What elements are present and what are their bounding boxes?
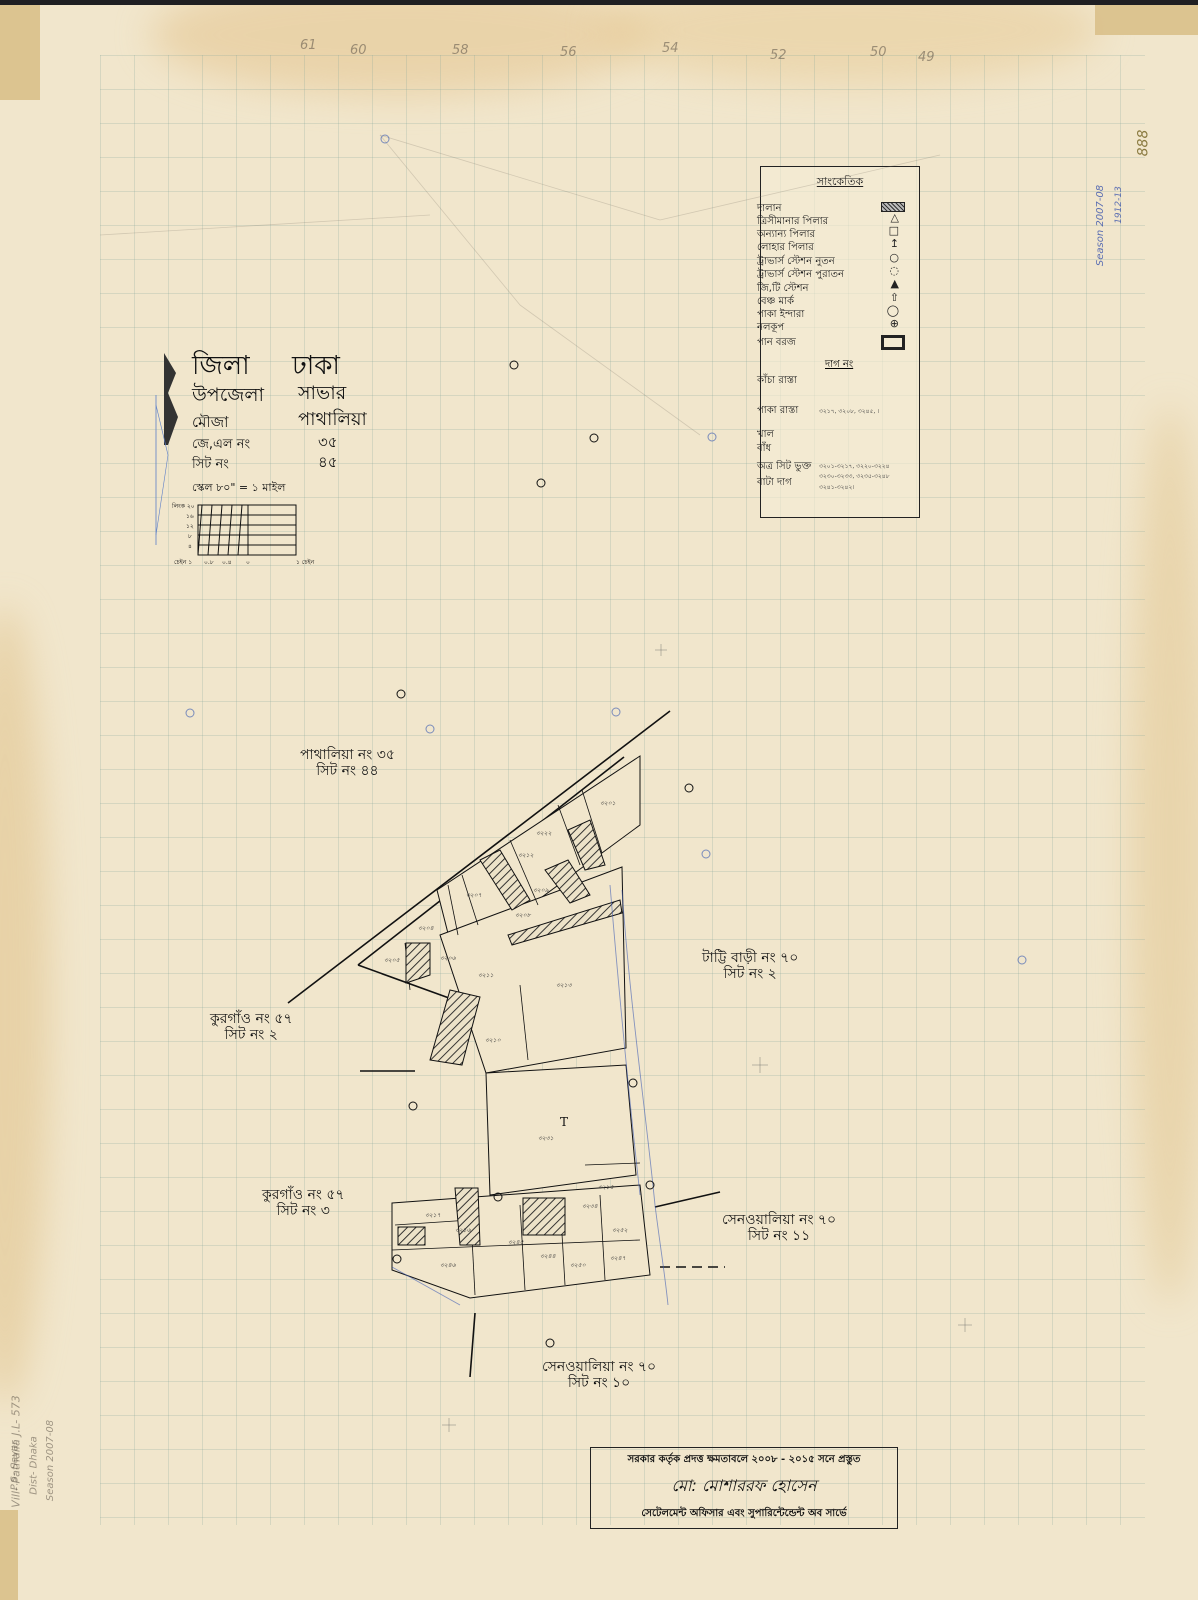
adjacent-mouza-label: টাট্টি বাড়ী নং ৭০সিট নং ২	[702, 950, 798, 982]
plot-number: ৩২৫০	[570, 1260, 586, 1271]
plot-number: ৩২০৮	[515, 910, 531, 921]
adjacent-mouza-label: সেনওয়ালিয়া নং ৭০সিট নং ১০	[542, 1359, 656, 1391]
plot-number: ৩২৪৪	[540, 1251, 556, 1262]
plot-number: ৩২৪৬	[440, 1260, 456, 1271]
plot-number: ৩২০১	[600, 798, 616, 809]
plot-number: ৩২১১	[478, 970, 494, 981]
plot-number: ৩২০৭	[466, 890, 482, 901]
officer-signature: মো: মোশাররফ হোসেন	[591, 1473, 897, 1500]
plot-number: ৩২০৪	[418, 923, 434, 934]
plot-number: ৩২২২	[536, 828, 552, 839]
plot-number: ৩২৪৭	[610, 1253, 626, 1264]
plot-number: ৩২১৬	[455, 1225, 471, 1236]
plot-number: ৩২৫২	[612, 1225, 628, 1236]
plot-t-marker: T	[560, 1115, 568, 1129]
adjacent-mouza-label: সেনওয়ালিয়া নং ৭০সিট নং ১১	[722, 1212, 836, 1244]
adjacent-mouza-label: পাথালিয়া নং ৩৫সিট নং ৪৪	[300, 747, 395, 779]
officer-designation: সেটেলমেন্ট অফিসার এবং সুপারিন্টেন্ডেন্ট …	[591, 1506, 897, 1523]
certification-text: সরকার কর্তৃক প্রদত্ত ক্ষমতাবলে ২০০৮ - ২০…	[591, 1452, 897, 1469]
plot-number: ৩২০৫	[384, 955, 400, 966]
plot-number: ৩২১২	[518, 850, 534, 861]
plot-number: ৩২৩১	[538, 1133, 554, 1144]
plot-number: ৩২৩৪	[582, 1201, 598, 1212]
plot-number: ৩২১৭	[425, 1210, 441, 1221]
plot-number: ৩২৪৫	[508, 1237, 524, 1248]
map-sheet: 61 60 58 56 54 52 50 49 Season 2007-08 1…	[0, 5, 1198, 1600]
plot-number: ৩২১০	[485, 1035, 501, 1046]
adjacent-mouza-label: কুরগাঁও নং ৫৭সিট নং ২	[210, 1011, 293, 1043]
plot-number: ৩২১৩	[556, 980, 572, 991]
adjacent-mouza-label: কুরগাঁও নং ৫৭সিট নং ৩	[262, 1187, 345, 1219]
plot-number: ৩২০৬	[440, 953, 456, 964]
certification-block: সরকার কর্তৃক প্রদত্ত ক্ষমতাবলে ২০০৮ - ২০…	[590, 1447, 898, 1529]
plot-number: ৩২০৯	[533, 885, 549, 896]
plot-number: ৩২১৫	[598, 1182, 614, 1193]
